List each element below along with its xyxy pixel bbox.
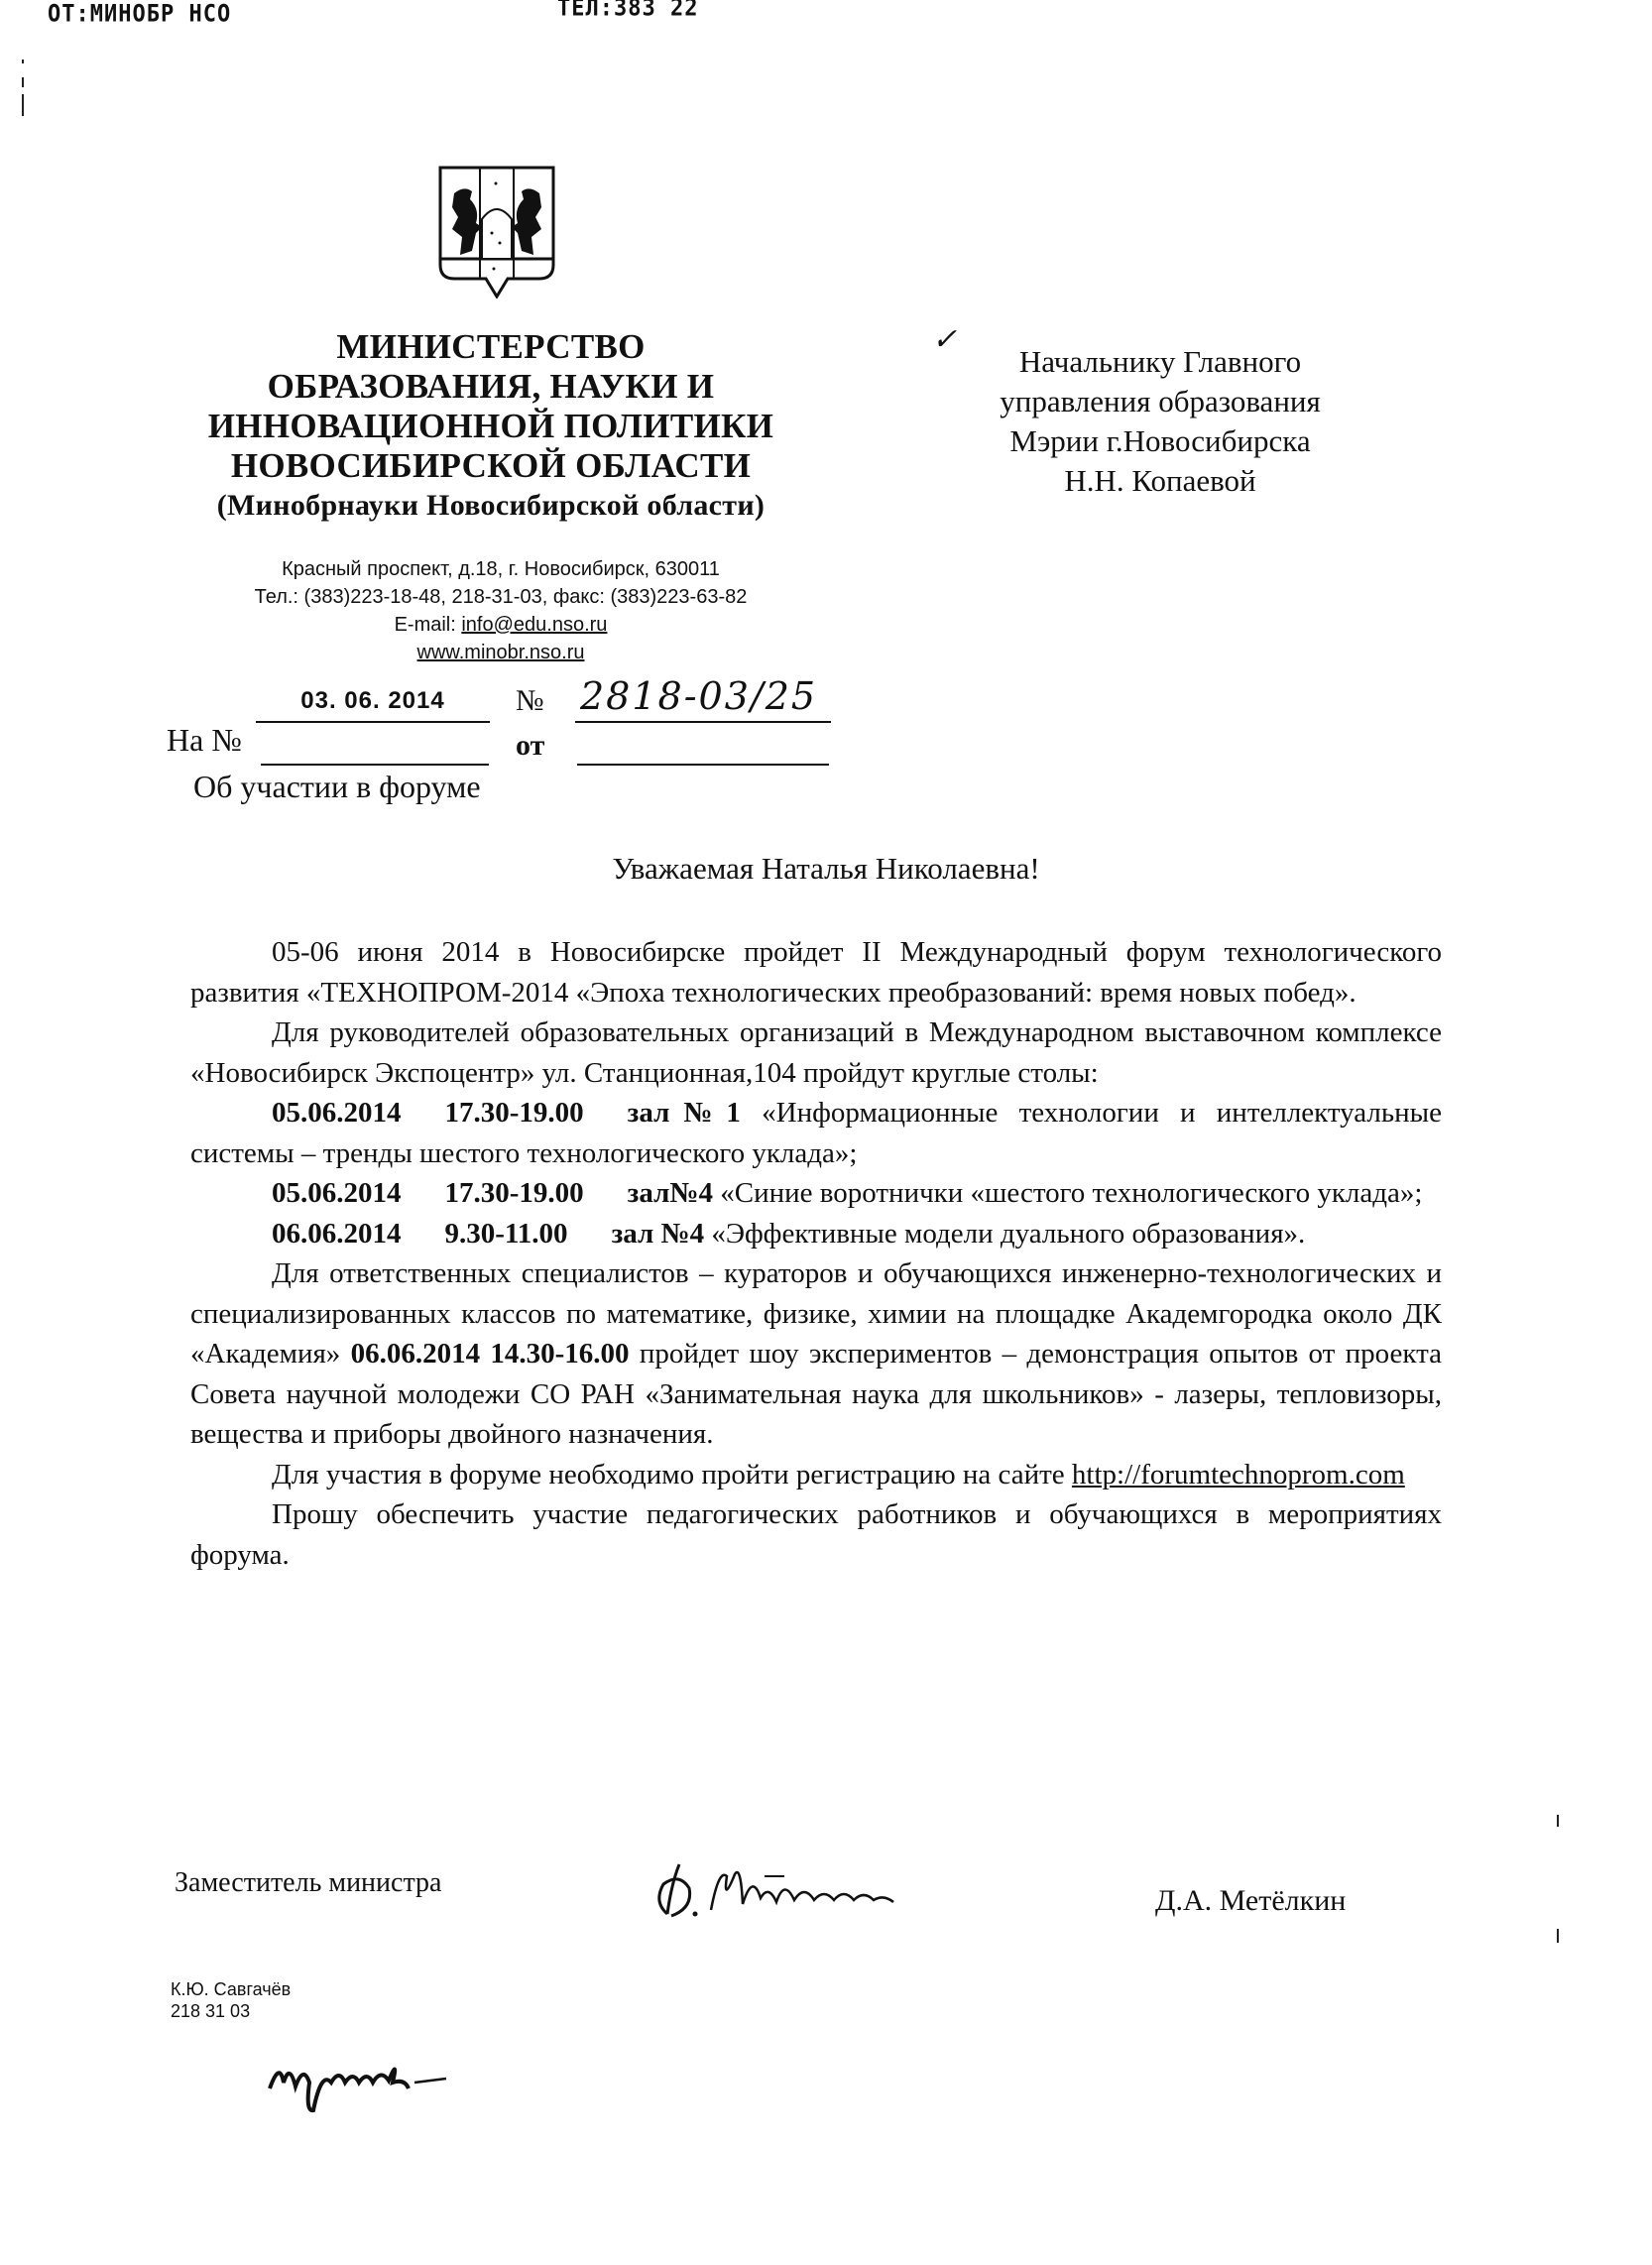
ministry-contacts: Красный проспект, д.18, г. Новосибирск, …	[183, 555, 818, 666]
event-date: 06.06.2014	[272, 1218, 402, 1250]
addressee-line: Начальнику Главного	[952, 342, 1368, 382]
website-link[interactable]: www.minobr.nso.ru	[183, 639, 818, 666]
ministry-title-line: НОВОСИБИРСКОЙ ОБЛАСТИ	[169, 446, 813, 486]
coat-of-arms-icon	[436, 164, 557, 298]
letter-body: 05-06 июня 2014 в Новосибирске пройдет I…	[190, 932, 1442, 1575]
event-hall: зал№1	[628, 1097, 741, 1129]
letter-subject: Об участии в форуме	[193, 769, 481, 805]
signatory-position: Заместитель министра	[175, 1867, 441, 1899]
executor-phone: 218 31 03	[171, 2000, 291, 2022]
event-date: 05.06.2014	[272, 1177, 402, 1209]
ministry-title-line: МИНИСТЕРСТВО	[169, 327, 813, 367]
forum-website-link[interactable]: http://forumtechnoprom.com	[1072, 1459, 1405, 1490]
executor-block: К.Ю. Савгачёв 218 31 03	[171, 1978, 291, 2022]
ministry-title-line: ОБРАЗОВАНИЯ, НАУКИ И	[169, 367, 813, 407]
ministry-title: МИНИСТЕРСТВО ОБРАЗОВАНИЯ, НАУКИ И ИННОВА…	[169, 327, 813, 526]
handwritten-signature-icon	[649, 1854, 947, 1934]
event-hall: зал№4	[628, 1177, 713, 1209]
ministry-address: Красный проспект, д.18, г. Новосибирск, …	[183, 555, 818, 583]
registration-date: 03. 06. 2014	[256, 687, 490, 715]
paragraph-registration: Для участия в форуме необходимо пройти р…	[190, 1455, 1442, 1495]
event-item: 06.06.20149.30-11.00зал №4 «Эффективные …	[190, 1214, 1442, 1254]
number-underline	[575, 721, 831, 723]
event-title: «Синие воротнички «шестого технологическ…	[720, 1177, 1422, 1209]
paragraph-request: Прошу обеспечить участие педагогических …	[190, 1494, 1442, 1575]
addressee-line: управления образования	[952, 382, 1368, 421]
fax-phone: ТЕЛ:383 22	[557, 0, 698, 22]
show-datetime: 06.06.2014 14.30-16.00	[351, 1338, 630, 1370]
paragraph-round-tables: Для руководителей образовательных органи…	[190, 1013, 1442, 1093]
executor-name: К.Ю. Савгачёв	[171, 1978, 291, 2000]
ministry-email-row: E-mail: info@edu.nso.ru	[183, 611, 818, 639]
number-label: №	[516, 684, 544, 718]
scan-artifact	[1557, 1929, 1559, 1943]
signatory-name: Д.А. Метёлкин	[1155, 1884, 1346, 1918]
registration-number: 2818-03/25	[580, 674, 887, 718]
email-link[interactable]: info@edu.nso.ru	[461, 614, 607, 636]
event-time: 17.30-19.00	[445, 1097, 584, 1129]
greeting: Уважаемая Наталья Николаевна!	[0, 851, 1652, 887]
in-reply-underline	[261, 764, 489, 766]
scan-artifact	[22, 77, 24, 87]
event-item: 05.06.201417.30-19.00зал№1 «Информационн…	[190, 1093, 1442, 1173]
paragraph-experiments-show: Для ответственных специалистов – куратор…	[190, 1253, 1442, 1455]
scan-artifact	[22, 60, 24, 63]
date-underline	[256, 721, 490, 723]
addressee-block: Начальнику Главного управления образован…	[952, 342, 1368, 501]
executor-initials-signature-icon	[266, 2053, 494, 2122]
from-label: от	[516, 729, 544, 763]
scan-artifact	[22, 94, 24, 116]
paragraph-text: Для участия в форуме необходимо пройти р…	[272, 1459, 1065, 1490]
in-reply-label: На №	[167, 722, 242, 759]
ministry-short-name: (Минобрнауки Новосибирской области)	[169, 486, 813, 526]
from-underline	[577, 764, 829, 766]
scan-artifact	[1557, 1815, 1559, 1827]
addressee-line: Н.Н. Копаевой	[952, 461, 1368, 501]
ministry-phones: Тел.: (383)223-18-48, 218-31-03, факс: (…	[183, 583, 818, 611]
event-hall: зал №4	[612, 1218, 705, 1250]
event-time: 9.30-11.00	[445, 1218, 568, 1250]
event-item: 05.06.201417.30-19.00зал№4 «Синие воротн…	[190, 1173, 1442, 1214]
event-title: «Эффективные модели дуального образовани…	[711, 1218, 1305, 1250]
event-date: 05.06.2014	[272, 1097, 402, 1129]
fax-sender: ОТ:МИНОБР НСО	[48, 1, 231, 29]
email-label: E-mail:	[395, 614, 462, 636]
addressee-line: Мэрии г.Новосибирска	[952, 421, 1368, 461]
paragraph-forum: 05-06 июня 2014 в Новосибирске пройдет I…	[190, 932, 1442, 1013]
event-time: 17.30-19.00	[445, 1177, 584, 1209]
ministry-title-line: ИННОВАЦИОННОЙ ПОЛИТИКИ	[169, 407, 813, 446]
